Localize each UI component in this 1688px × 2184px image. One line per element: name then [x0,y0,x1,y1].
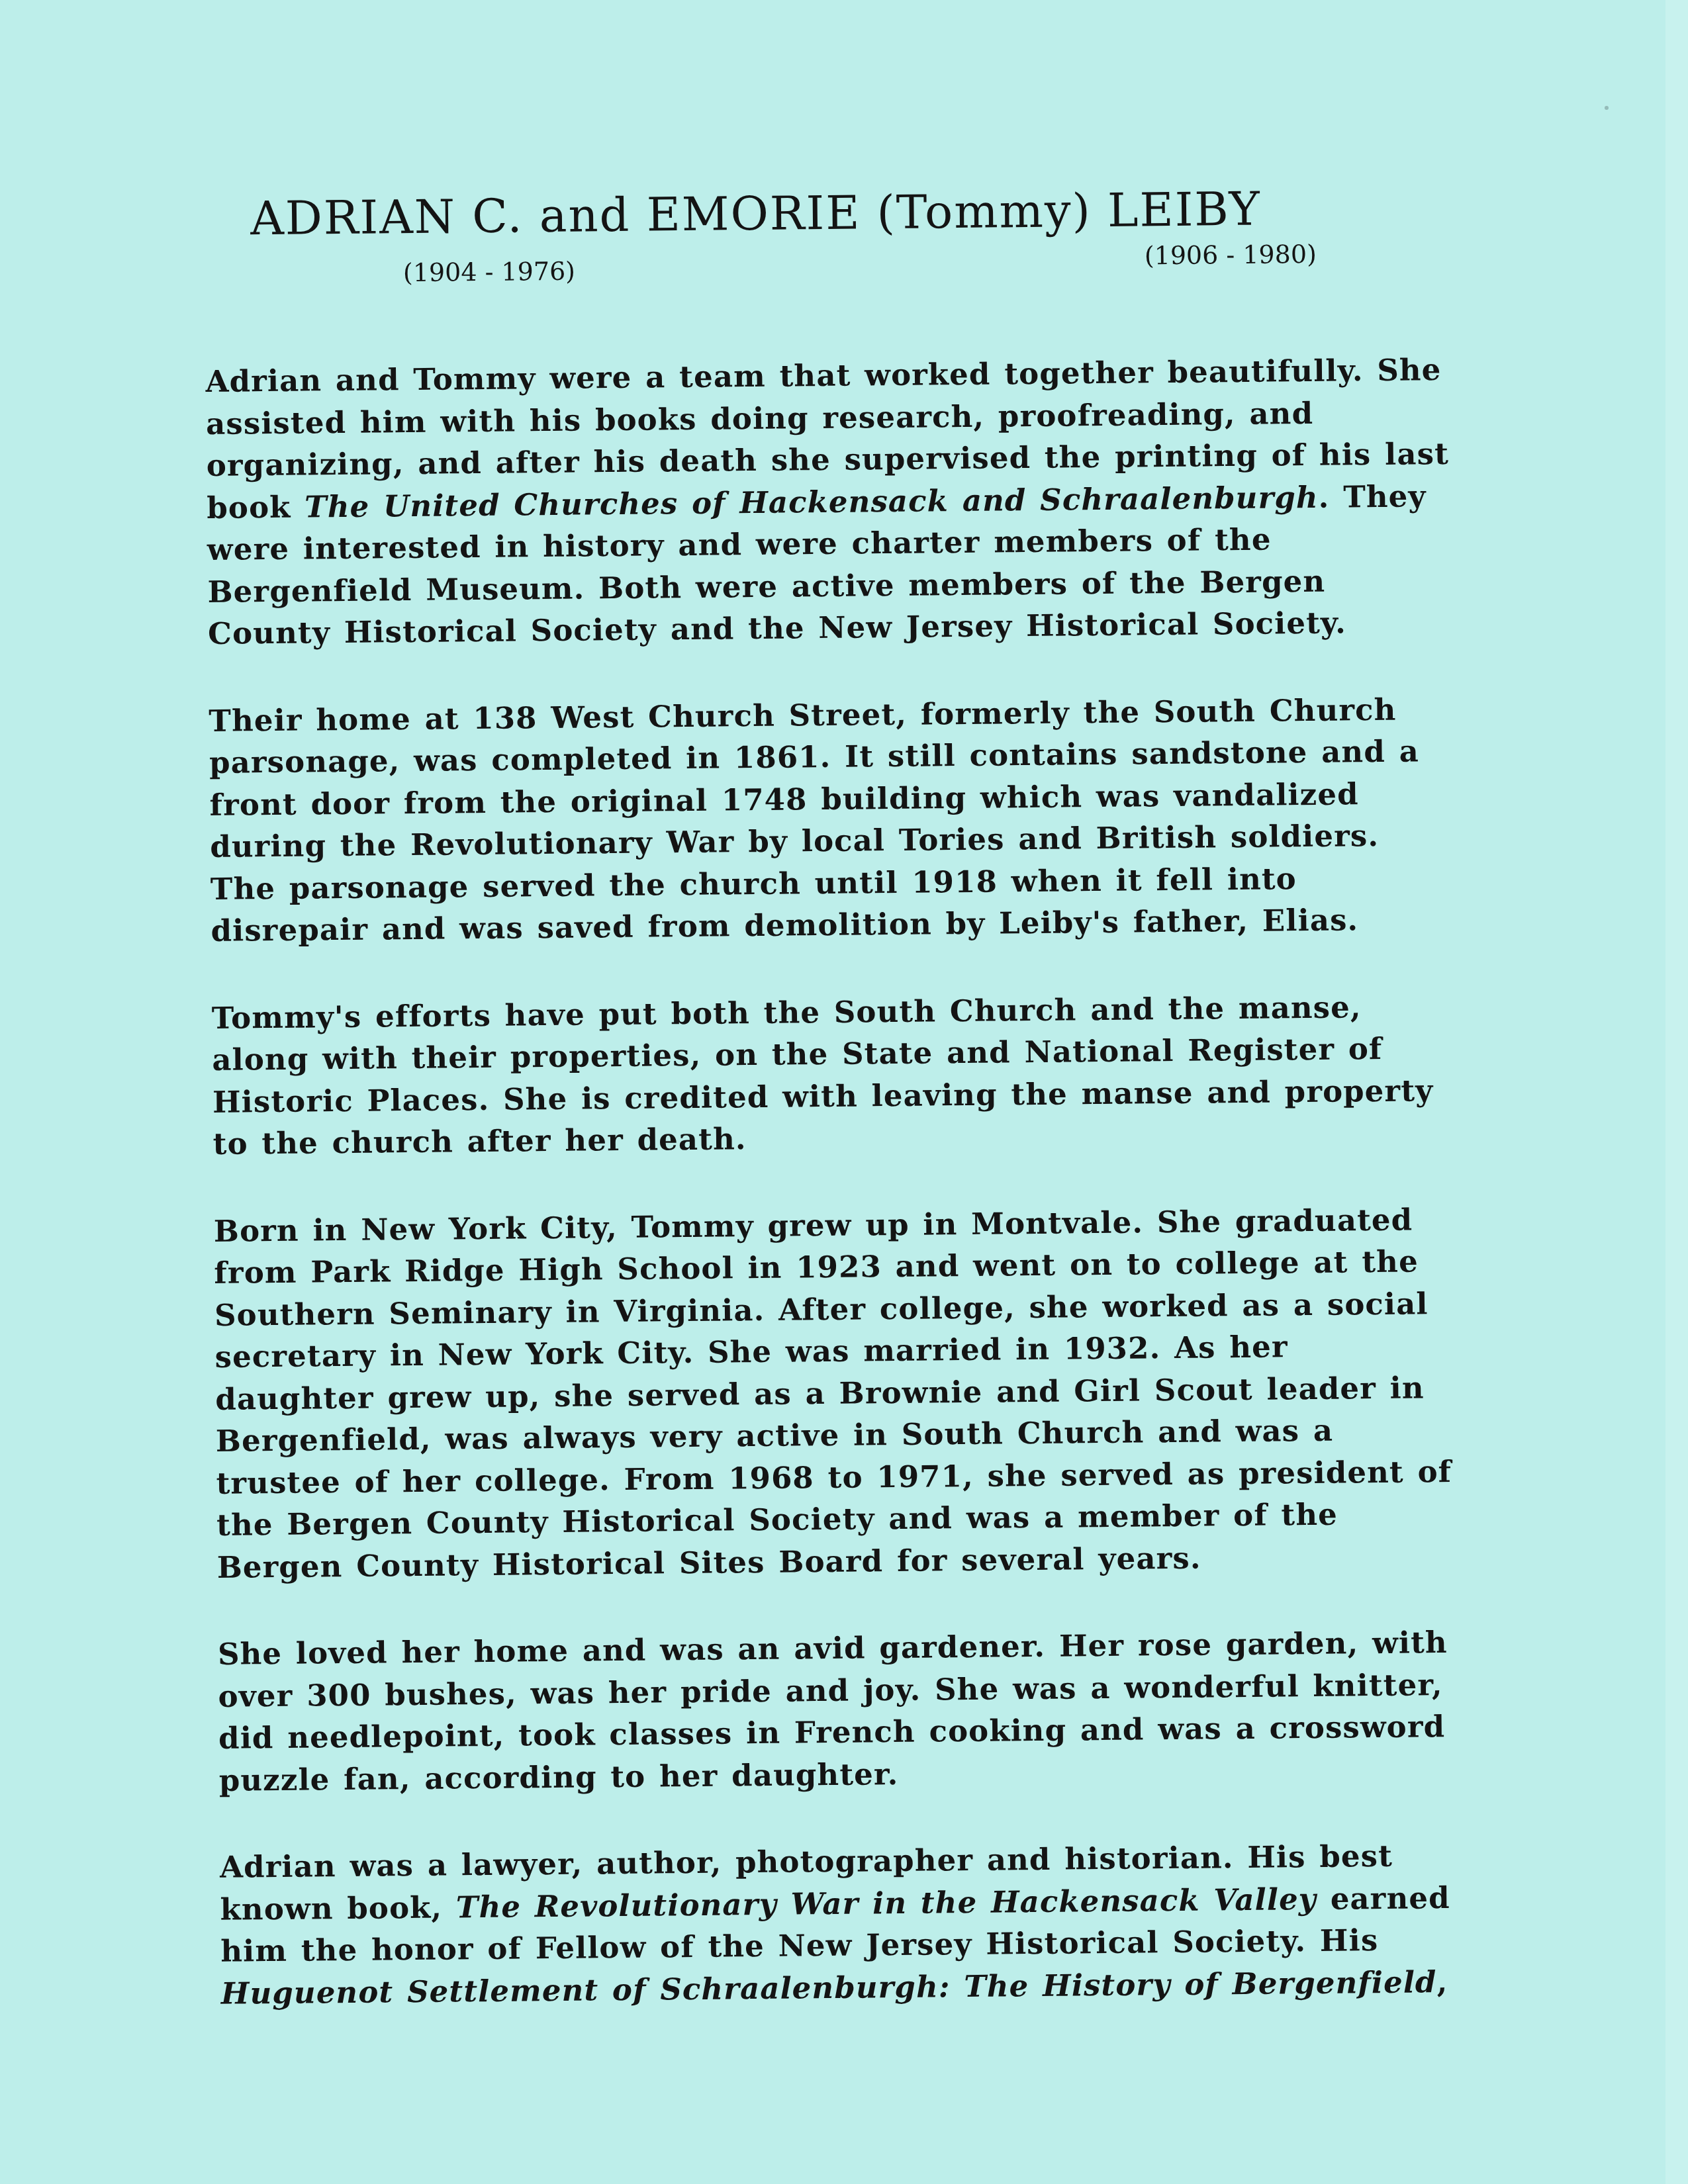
title-block: ADRIAN C. and EMORIE (Tommy) LEIBY (1904… [250,184,1443,308]
paragraph: Born in New York City, Tommy grew up in … [214,1197,1528,1588]
paper-speck [1605,106,1609,110]
book-title: The United Churches of Hackensack and Sc… [305,479,1319,524]
emorie-life-dates: (1906 - 1980) [1145,242,1317,268]
paragraph: She loved her home and was an avid garde… [218,1621,1530,1801]
adrian-life-dates: (1904 - 1976) [403,259,575,285]
page-title: ADRIAN C. and EMORIE (Tommy) LEIBY [250,186,1261,242]
paragraph: Adrian and Tommy were a team that worked… [205,348,1519,655]
biography-body: Adrian and Tommy were a team that worked… [205,348,1532,2060]
book-title: The Revolutionary War in the Hackensack … [456,1881,1317,1924]
paragraph: Tommy's efforts have put both the South … [211,984,1523,1165]
page-edge [1665,0,1688,2184]
book-title: Huguenot Settlement of Schraalenburgh: T… [221,1964,1437,2011]
paragraph: Adrian was a lawyer, author, photographe… [220,1834,1532,2015]
paragraph: Their home at 138 West Church Street, fo… [209,687,1522,952]
